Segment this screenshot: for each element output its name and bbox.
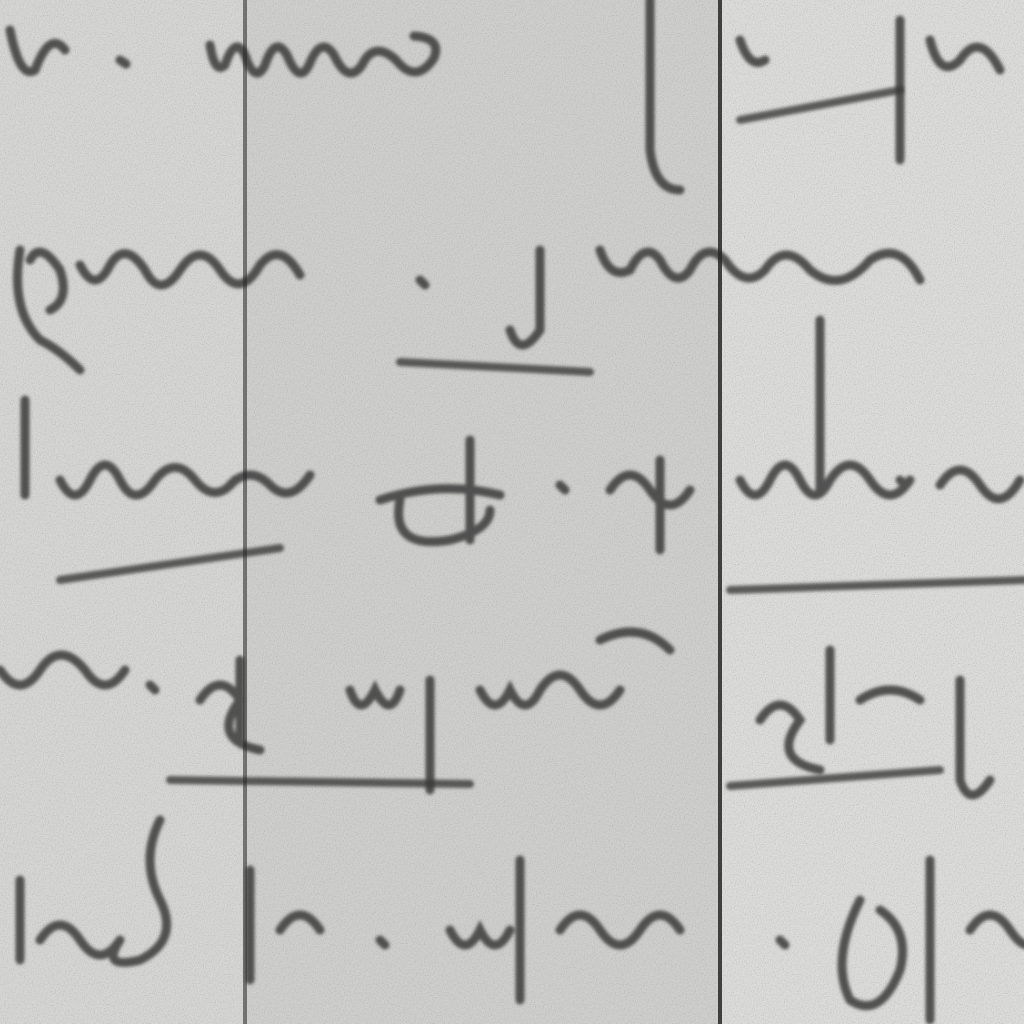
handwriting-texture-image: [0, 0, 1024, 1024]
vertical-seam-left: [243, 0, 247, 1024]
vertical-seam-right: [718, 0, 722, 1024]
ink-strokes-layer: [0, 0, 1024, 1024]
